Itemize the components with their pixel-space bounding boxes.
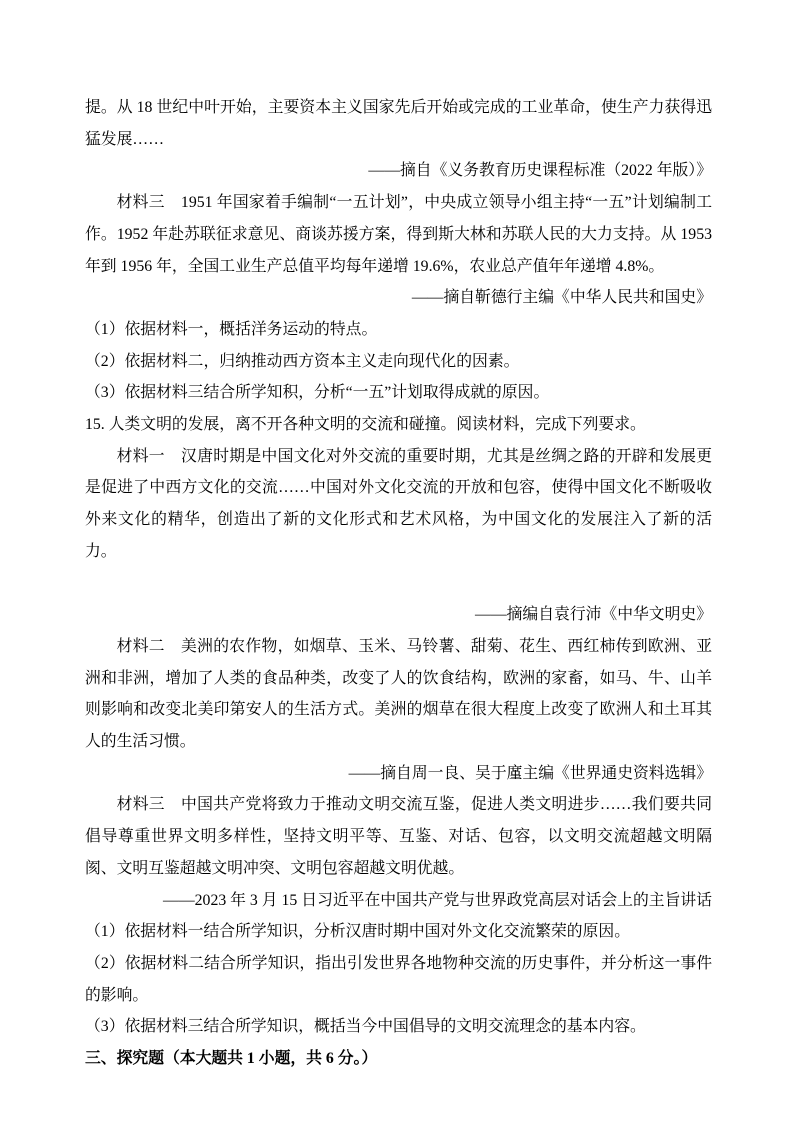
q15-material1-source-attribution: ——摘编自袁行沛《中华文明史》 <box>85 599 712 631</box>
q15-stem: 15. 人类文明的发展，离不开各种文明的交流和碰撞。阅读材料，完成下列要求。 <box>85 409 712 441</box>
q14-material2-source-attribution: ——摘自《义务教育历史课程标准（2022 年版）》 <box>85 155 712 187</box>
q14-material3-paragraph: 材料三 1951 年国家着手编制“一五计划”，中央成立领导小组主持“一五”计划编… <box>85 187 712 282</box>
q15-subquestion-1: （1）依据材料一结合所学知识，分析汉唐时期中国对外文化交流繁荣的原因。 <box>85 916 712 948</box>
q15-material3-paragraph: 材料三 中国共产党将致力于推动文明交流互鉴，促进人类文明进步……我们要共同倡导尊… <box>85 789 712 884</box>
q14-subquestion-2: （2）依据材料二，归纳推动西方资本主义走向现代化的因素。 <box>85 346 712 378</box>
q15-material1-paragraph: 材料一 汉唐时期是中国文化对外交流的重要时期，尤其是丝绸之路的开辟和发展更是促进… <box>85 441 712 568</box>
q15-material2-paragraph: 材料二 美洲的农作物，如烟草、玉米、马铃薯、甜菊、花生、西红柿传到欧洲、亚洲和非… <box>85 631 712 758</box>
q14-continuation-paragraph: 提。从 18 世纪中叶开始，主要资本主义国家先后开始或完成的工业革命，使生产力获… <box>85 92 712 155</box>
q14-subquestion-1: （1）依据材料一，概括洋务运动的特点。 <box>85 314 712 346</box>
q15-subquestion-2: （2）依据材料二结合所学知识，指出引发世界各地物种交流的历史事件，并分析这一事件… <box>85 948 712 1011</box>
exam-document-page: 提。从 18 世纪中叶开始，主要资本主义国家先后开始或完成的工业革命，使生产力获… <box>0 0 794 1123</box>
section-3-heading: 三、探究题（本大题共 1 小题，共 6 分。） <box>85 1043 712 1075</box>
q14-subquestion-3: （3）依据材料三结合所学知积，分析“一五”计划取得成就的原因。 <box>85 377 712 409</box>
q15-material2-source-attribution: ——摘自周一良、吴于廑主编《世界通史资料选辑》 <box>85 758 712 790</box>
q15-material3-source-attribution: ——2023 年 3 月 15 日习近平在中国共产党与世界政党高层对话会上的主旨… <box>85 885 712 917</box>
q14-material3-source-attribution: ——摘自靳德行主编《中华人民共和国史》 <box>85 282 712 314</box>
q15-subquestion-3: （3）依据材料三结合所学知识，概括当今中国倡导的文明交流理念的基本内容。 <box>85 1011 712 1043</box>
